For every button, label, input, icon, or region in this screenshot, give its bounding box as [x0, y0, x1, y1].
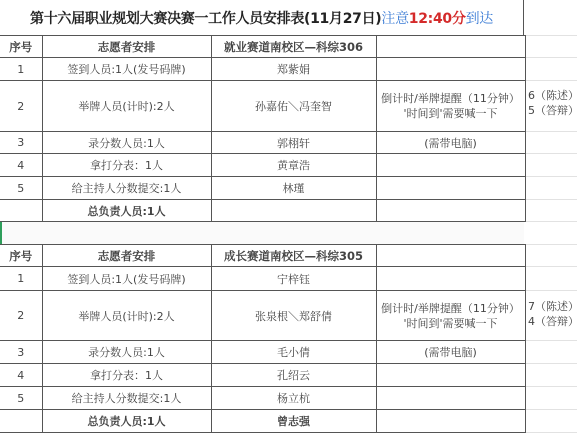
header-cell-task[interactable]: 志愿者安排	[42, 245, 211, 267]
cell-no[interactable]: 4	[0, 364, 42, 387]
extra-line: 6（陈述）	[528, 88, 577, 103]
cell-task[interactable]: 拿打分表：1人	[42, 154, 211, 177]
title-main: 第十六届职业规划大赛决赛一工作人员安排表(11月27日)	[30, 8, 381, 28]
header-cell-task[interactable]: 志愿者安排	[42, 36, 211, 58]
cell-names[interactable]: 孙嘉佑＼冯奎智	[211, 81, 376, 132]
cell-note[interactable]	[376, 58, 525, 81]
cell-task[interactable]: 录分数人员:1人	[42, 132, 211, 154]
table-row: 1 签到人员:1人(发号码牌) 郑紫娟	[0, 58, 525, 81]
table-row-total: 总负责人员:1人	[0, 200, 525, 222]
cell-names[interactable]	[211, 200, 376, 222]
cell-names[interactable]: 郭栩轩	[211, 132, 376, 154]
gridline	[524, 131, 577, 132]
header-cell-no[interactable]: 序号	[0, 36, 42, 58]
cell-names[interactable]: 黄章浩	[211, 154, 376, 177]
cell-no[interactable]: 1	[0, 267, 42, 291]
cell-no[interactable]: 3	[0, 341, 42, 364]
extra-note-table1[interactable]: 6（陈述） 5（答辩）	[528, 88, 577, 118]
extra-note-table2[interactable]: 7（陈述） 4（答辩）	[528, 299, 577, 329]
cell-names[interactable]: 曾志强	[211, 410, 376, 433]
cell-task[interactable]: 录分数人员:1人	[42, 341, 211, 364]
cell-task[interactable]: 给主持人分数提交:1人	[42, 177, 211, 200]
sheet-title[interactable]: 第十六届职业规划大赛决赛一工作人员安排表(11月27日)注意12:40分到达	[0, 0, 524, 35]
cell-task[interactable]: 拿打分表：1人	[42, 364, 211, 387]
table-row: 1 签到人员:1人(发号码牌) 宁梓钰	[0, 267, 525, 291]
cell-names[interactable]: 郑紫娟	[211, 58, 376, 81]
cell-task[interactable]: 签到人员:1人(发号码牌)	[42, 58, 211, 81]
cell-note[interactable]	[376, 154, 525, 177]
cell-task[interactable]: 总负责人员:1人	[42, 410, 211, 433]
gridline	[524, 244, 577, 245]
blank-row[interactable]	[0, 222, 524, 244]
header-cell-venue[interactable]: 就业赛道南校区—科综306	[211, 36, 376, 58]
gridline	[524, 80, 577, 81]
gridline	[524, 153, 577, 154]
cell-no[interactable]: 1	[0, 58, 42, 81]
header-row: 序号 志愿者安排 就业赛道南校区—科综306	[0, 36, 525, 58]
cell-note[interactable]	[376, 410, 525, 433]
gridline	[524, 363, 577, 364]
header-cell-venue[interactable]: 成长赛道南校区—科综305	[211, 245, 376, 267]
header-row: 序号 志愿者安排 成长赛道南校区—科综305	[0, 245, 525, 267]
header-cell-notes[interactable]	[376, 245, 525, 267]
cell-names[interactable]: 孔绍云	[211, 364, 376, 387]
title-notice-suffix: 到达	[466, 8, 493, 28]
cell-no[interactable]	[0, 410, 42, 433]
gridline	[524, 199, 577, 200]
table-row: 5 给主持人分数提交:1人 杨立杭	[0, 387, 525, 410]
table-row: 5 给主持人分数提交:1人 林瑾	[0, 177, 525, 200]
title-notice-prefix: 注意	[381, 8, 408, 28]
table-row: 4 拿打分表：1人 孔绍云	[0, 364, 525, 387]
note-line: 倒计时/举牌提醒（11分钟）	[377, 301, 525, 316]
gridline	[524, 35, 577, 36]
cell-note[interactable]: (需带电脑)	[376, 341, 525, 364]
cell-names[interactable]: 张泉根＼郑舒倩	[211, 291, 376, 341]
header-cell-notes[interactable]	[376, 36, 525, 58]
cell-note[interactable]	[376, 267, 525, 291]
table-row: 2 举牌人员(计时):2人 张泉根＼郑舒倩 倒计时/举牌提醒（11分钟） '时间…	[0, 291, 525, 341]
gridline	[524, 290, 577, 291]
cell-note[interactable]	[376, 200, 525, 222]
extra-line: 7（陈述）	[528, 299, 577, 314]
schedule-table-employment: 序号 志愿者安排 就业赛道南校区—科综306 1 签到人员:1人(发号码牌) 郑…	[0, 35, 526, 222]
cell-names[interactable]: 毛小倩	[211, 341, 376, 364]
cell-no[interactable]: 2	[0, 81, 42, 132]
cell-task[interactable]: 签到人员:1人(发号码牌)	[42, 267, 211, 291]
cell-no[interactable]	[0, 200, 42, 222]
extra-line: 5（答辩）	[528, 103, 577, 118]
cell-note[interactable]: 倒计时/举牌提醒（11分钟） '时间到'需要喊一下	[376, 291, 525, 341]
cell-no[interactable]: 3	[0, 132, 42, 154]
gridline	[524, 266, 577, 267]
cell-task[interactable]: 举牌人员(计时):2人	[42, 81, 211, 132]
cell-task[interactable]: 给主持人分数提交:1人	[42, 387, 211, 410]
gridline	[524, 409, 577, 410]
extra-line: 4（答辩）	[528, 314, 577, 329]
note-line: 倒计时/举牌提醒（11分钟）	[377, 91, 525, 106]
cell-task[interactable]: 总负责人员:1人	[42, 200, 211, 222]
table-row: 3 录分数人员:1人 毛小倩 (需带电脑)	[0, 341, 525, 364]
schedule-table-growth: 序号 志愿者安排 成长赛道南校区—科综305 1 签到人员:1人(发号码牌) 宁…	[0, 244, 526, 433]
gridline	[524, 340, 577, 341]
selection-indicator	[0, 222, 2, 244]
gridline	[524, 221, 577, 222]
table-row: 3 录分数人员:1人 郭栩轩 (需带电脑)	[0, 132, 525, 154]
title-notice-time: 12:40分	[409, 8, 466, 28]
cell-note[interactable]: (需带电脑)	[376, 132, 525, 154]
cell-no[interactable]: 5	[0, 387, 42, 410]
cell-names[interactable]: 宁梓钰	[211, 267, 376, 291]
cell-task[interactable]: 举牌人员(计时):2人	[42, 291, 211, 341]
gridline	[524, 432, 577, 433]
cell-no[interactable]: 4	[0, 154, 42, 177]
cell-no[interactable]: 5	[0, 177, 42, 200]
table-row: 2 举牌人员(计时):2人 孙嘉佑＼冯奎智 倒计时/举牌提醒（11分钟） '时间…	[0, 81, 525, 132]
table-row: 4 拿打分表：1人 黄章浩	[0, 154, 525, 177]
cell-no[interactable]: 2	[0, 291, 42, 341]
cell-note[interactable]	[376, 177, 525, 200]
gridline	[524, 57, 577, 58]
cell-names[interactable]: 林瑾	[211, 177, 376, 200]
cell-note[interactable]	[376, 387, 525, 410]
gridline	[524, 386, 577, 387]
table-row-total: 总负责人员:1人 曾志强	[0, 410, 525, 433]
header-cell-no[interactable]: 序号	[0, 245, 42, 267]
cell-note[interactable]	[376, 364, 525, 387]
cell-note[interactable]: 倒计时/举牌提醒（11分钟） '时间到'需要喊一下	[376, 81, 525, 132]
note-line: '时间到'需要喊一下	[377, 316, 525, 331]
note-line: '时间到'需要喊一下	[377, 106, 525, 121]
cell-names[interactable]: 杨立杭	[211, 387, 376, 410]
spreadsheet: 第十六届职业规划大赛决赛一工作人员安排表(11月27日)注意12:40分到达 序…	[0, 0, 577, 436]
gridline	[524, 176, 577, 177]
